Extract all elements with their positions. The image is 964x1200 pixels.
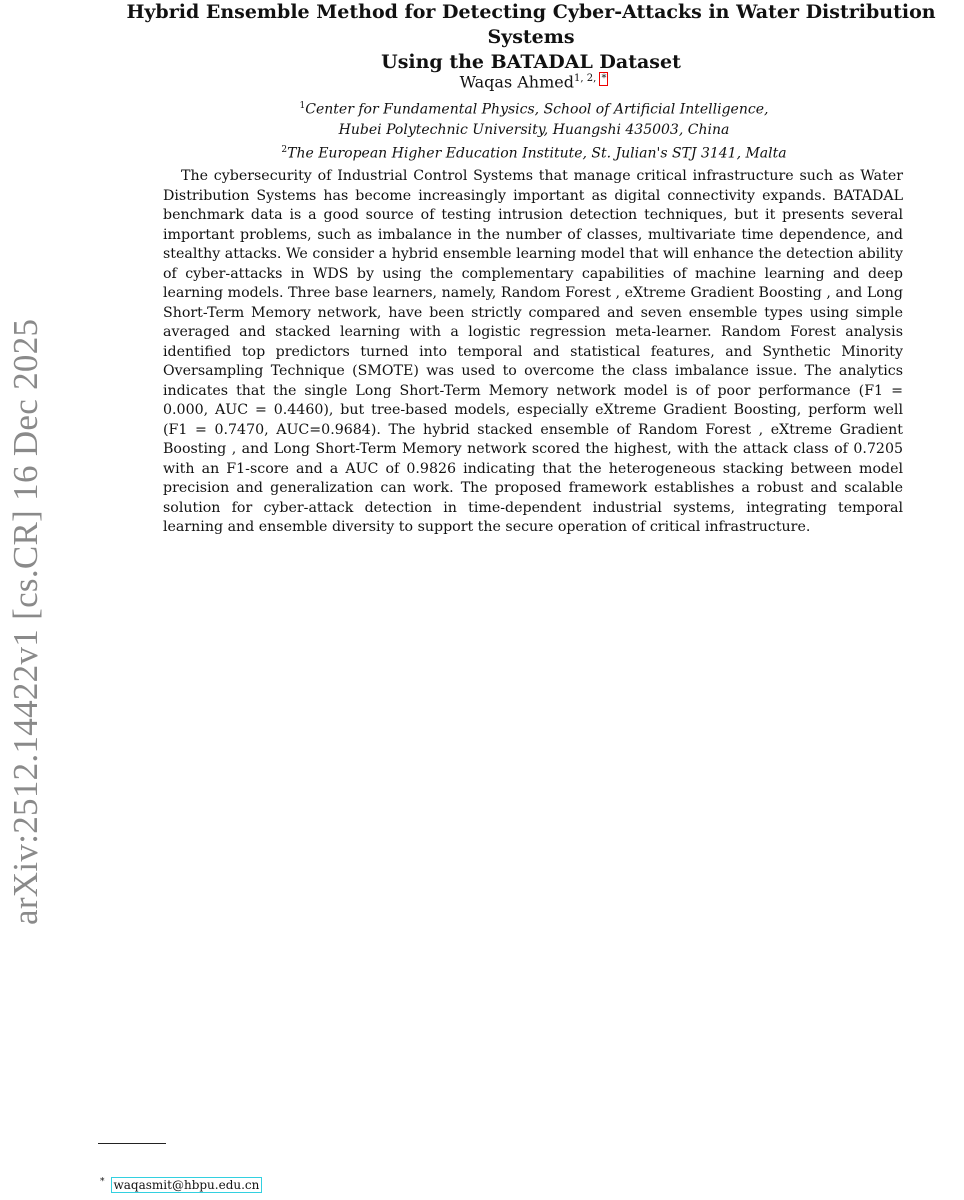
footnote: *waqasmit@hbpu.edu.cn — [100, 1177, 262, 1192]
author-footnote-link[interactable]: * — [599, 72, 608, 86]
paper-title: Hybrid Ensemble Method for Detecting Cyb… — [96, 0, 964, 75]
affiliation-1-line-2: Hubei Polytechnic University, Huangshi 4… — [164, 120, 904, 140]
author-email-link[interactable]: waqasmit@hbpu.edu.cn — [111, 1177, 263, 1193]
arxiv-identifier-stamp: arXiv:2512.14422v1 [cs.CR] 16 Dec 2025 — [6, 319, 46, 925]
title-line-1: Hybrid Ensemble Method for Detecting Cyb… — [96, 0, 964, 50]
affiliation-1-line-1: 1Center for Fundamental Physics, School … — [164, 96, 904, 120]
author-affiliation-marks: 1, 2, — [574, 73, 599, 84]
affiliation-1-text: Center for Fundamental Physics, School o… — [305, 102, 768, 118]
abstract-paragraph: The cybersecurity of Industrial Control … — [163, 167, 903, 538]
author-name: Waqas Ahmed — [460, 72, 574, 91]
footnote-mark: * — [100, 1177, 105, 1187]
affiliation-2-text: The European Higher Education Institute,… — [287, 145, 786, 161]
author-line: Waqas Ahmed1, 2, * — [164, 68, 904, 93]
affiliations: 1Center for Fundamental Physics, School … — [164, 96, 904, 163]
footnote-divider — [98, 1143, 166, 1144]
affiliation-2: 2The European Higher Education Institute… — [164, 140, 904, 164]
